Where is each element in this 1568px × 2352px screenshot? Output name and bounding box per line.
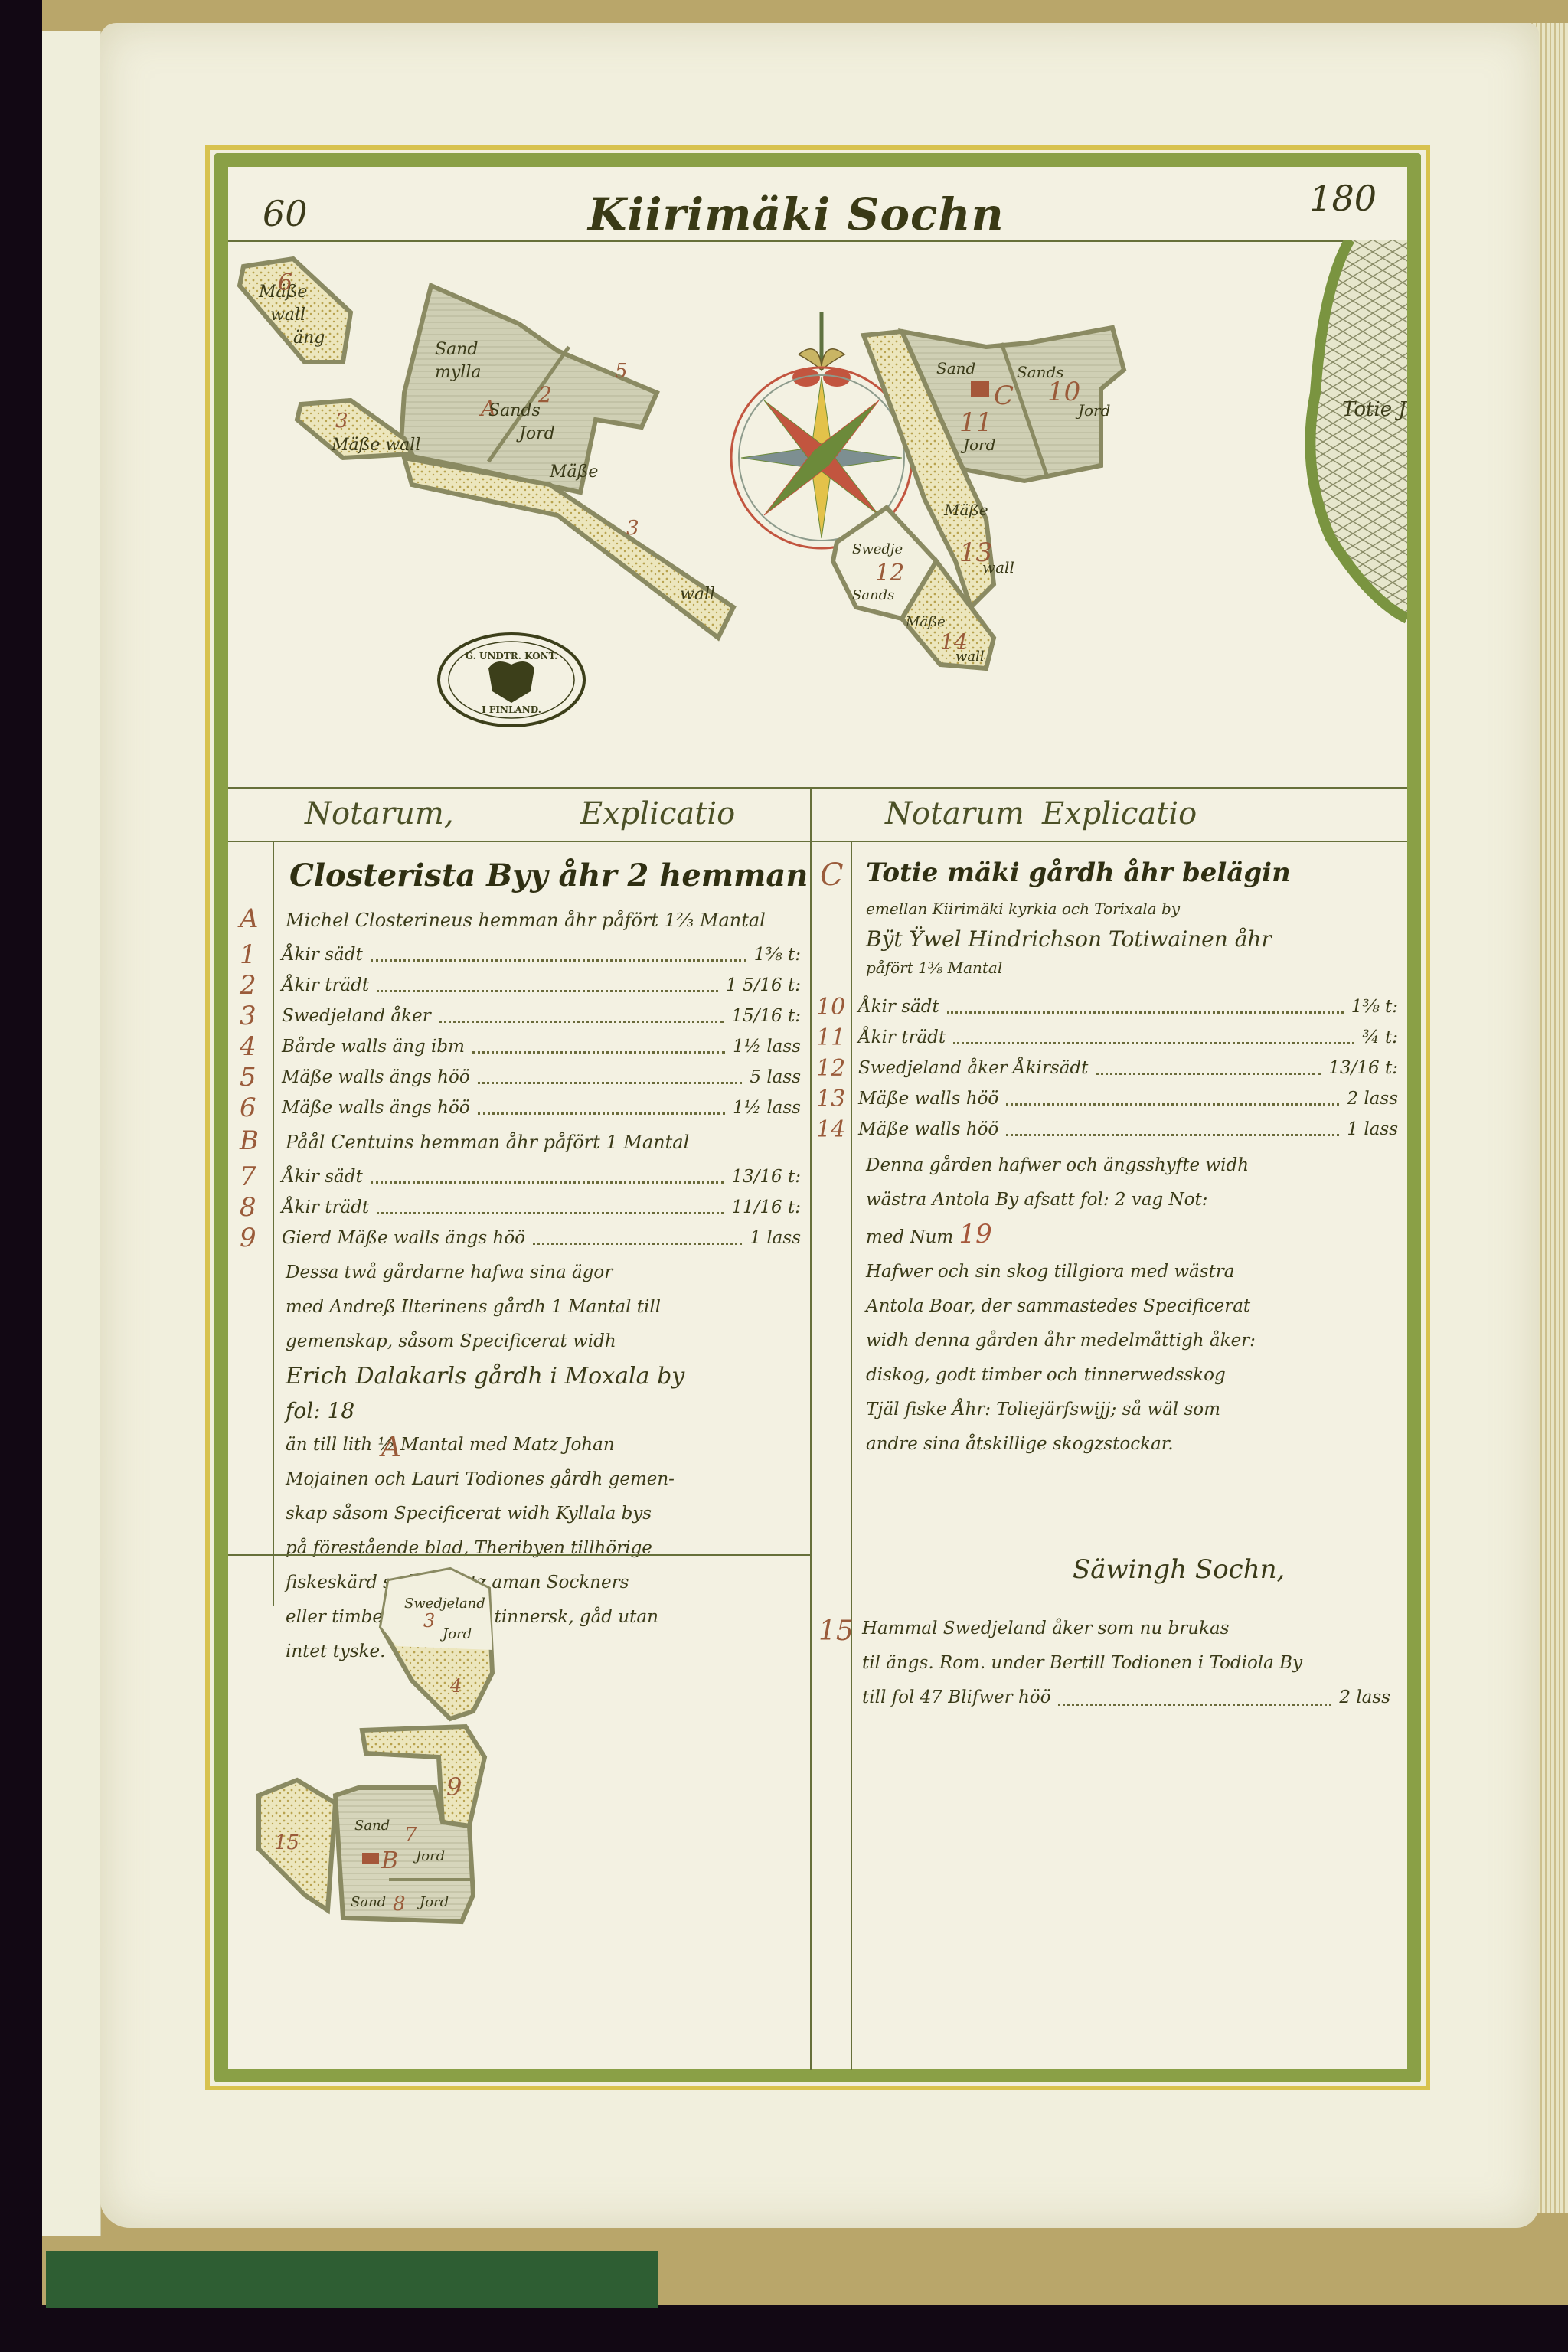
svg-text:3: 3: [423, 1610, 435, 1632]
cadastral-stamp: G. UNDTR. KONT. I FINLAND.: [439, 634, 584, 726]
list-item: 1 Åkir sädt1⅜ t:: [282, 942, 801, 968]
svg-text:3: 3: [335, 410, 348, 433]
svg-text:11: 11: [959, 407, 992, 438]
notes-right-column: Notarum Explicatio C Totie mäki gårdh åh…: [812, 789, 1407, 2070]
plot-15: 15: [259, 1780, 335, 1910]
list-item: 6 Mäße walls ängs höö1½ lass: [282, 1095, 801, 1121]
header-explicatio: Explicatio: [580, 796, 735, 831]
svg-text:6: 6: [278, 269, 292, 296]
svg-text:15: 15: [274, 1831, 299, 1854]
svg-text:2: 2: [537, 382, 552, 407]
svg-text:wall: wall: [270, 305, 305, 325]
svg-text:wall: wall: [955, 648, 985, 665]
right-paragraph: Denna gården hafwer och ängsshyfte widh …: [866, 1148, 1394, 1462]
farm-c-owner: Bÿt Ÿwel Hindrichson Totiwainen åhr: [866, 926, 1272, 952]
svg-text:Mäße: Mäße: [943, 501, 988, 519]
list-item: 8 Åkir trädt11/16 t:: [282, 1194, 801, 1220]
folio-right: 180: [1309, 178, 1377, 219]
svg-text:Jord: Jord: [439, 1626, 472, 1642]
svg-text:5: 5: [615, 360, 628, 383]
list-item: 11 Åkir trädt¾ t:: [858, 1024, 1398, 1050]
svg-text:Jord: Jord: [416, 1894, 449, 1910]
notes-left-column: Notarum, Explicatio Closterista Byy åhr …: [228, 789, 812, 2070]
svg-text:mylla: mylla: [435, 363, 481, 382]
list-item: 3 Swedjeland åker15/16 t:: [282, 1003, 801, 1029]
svg-text:9: 9: [446, 1772, 462, 1802]
estate-map: Mäße 6 wall äng Sand mylla A Sands 2 Jor…: [228, 240, 1407, 787]
svg-text:B: B: [381, 1847, 398, 1874]
svg-text:7: 7: [404, 1824, 417, 1847]
header-notarum: Notarum,: [305, 796, 454, 831]
svg-text:Sands: Sands: [488, 401, 541, 420]
farm-b-line: Påål Centuins hemman åhr påfört 1 Mantal: [286, 1132, 689, 1153]
list-item: 10 Åkir sädt1⅜ t:: [858, 994, 1398, 1020]
list-item: 13 Mäße walls höö2 lass: [858, 1086, 1398, 1112]
marker-c: C: [820, 857, 844, 893]
list-item: 12 Swedjeland åker Åkirsädt13/16 t:: [858, 1055, 1398, 1081]
section-divider: [228, 1554, 810, 1556]
red-marker-a: A: [381, 1432, 401, 1463]
svg-text:Jord: Jord: [516, 424, 555, 443]
page-title: Kiirimäki Sochn: [588, 188, 1004, 240]
entry-15-paragraph: Hammal Swedjeland åker som nu brukas til…: [862, 1612, 1390, 1715]
marker-a: A: [240, 903, 259, 934]
parcel-6: Mäße 6 wall äng: [240, 259, 351, 362]
farm-c-value: påfört 1⅜ Mantal: [866, 959, 1002, 977]
svg-text:Swedjeland: Swedjeland: [404, 1596, 485, 1612]
svg-text:Jord: Jord: [1075, 401, 1110, 420]
svg-text:Sand: Sand: [354, 1818, 390, 1834]
page-content: 60 Kiirimäki Sochn 180: [228, 167, 1407, 2069]
svg-text:C: C: [994, 381, 1014, 411]
farm-a-line: Michel Closterineus hemman åhr påfört 1⅔…: [286, 910, 766, 931]
svg-text:Jord: Jord: [960, 436, 995, 454]
svg-text:wall: wall: [680, 585, 715, 604]
list-item: 4 Bårde walls äng ibm1½ lass: [282, 1034, 801, 1060]
list-item: 14 Mäße walls höö1 lass: [858, 1116, 1398, 1142]
svg-text:G. UNDTR. KONT.: G. UNDTR. KONT.: [465, 651, 557, 661]
red-number-19: 19: [959, 1219, 992, 1249]
green-cloth: [46, 2251, 658, 2308]
column-header-right: Notarum Explicatio: [812, 789, 1407, 842]
svg-text:8: 8: [393, 1893, 406, 1916]
svg-text:Jord: Jord: [413, 1848, 445, 1864]
lake-totie: Totie Jaerbij: [1310, 240, 1407, 619]
svg-text:Mäße: Mäße: [905, 614, 946, 630]
farm-c-heading: Totie mäki gårdh åhr belägin: [866, 857, 1291, 888]
list-item: 2 Åkir trädt1 5/16 t:: [282, 972, 801, 998]
column-header-left: Notarum, Explicatio: [228, 789, 810, 842]
marker-15: 15: [818, 1615, 854, 1647]
svg-text:Swedje: Swedje: [852, 541, 903, 557]
list-item: 5 Mäße walls ängs höö5 lass: [282, 1064, 801, 1090]
margin-rule: [851, 841, 852, 2070]
svg-text:äng: äng: [293, 328, 325, 348]
farm-c-location: emellan Kiirimäki kyrkia och Torixala by: [866, 900, 1180, 918]
page-header: 60 Kiirimäki Sochn 180: [228, 167, 1407, 242]
svg-text:Sand: Sand: [351, 1894, 386, 1910]
svg-text:Sand: Sand: [435, 340, 478, 359]
village-heading: Closterista Byy åhr 2 hemman: [289, 857, 808, 893]
header-explicatio: Explicatio: [1042, 796, 1197, 831]
list-item: 7 Åkir sädt13/16 t:: [282, 1164, 801, 1190]
lower-estate-map: Swedjeland 3 Jord 4 9 15 Sand 7: [228, 1558, 810, 2070]
svg-text:wall: wall: [982, 558, 1014, 577]
map-drawing: Mäße 6 wall äng Sand mylla A Sands 2 Jor…: [228, 240, 1407, 787]
svg-text:Totie Jaerbij: Totie Jaerbij: [1342, 398, 1407, 421]
parish-subheading: Säwingh Sochn,: [1073, 1554, 1285, 1585]
parcel-a-fields: Sand mylla A Sands 2 Jord 5 Mäße wall 3 …: [297, 286, 733, 638]
svg-text:Mäße wall: Mäße wall: [331, 436, 420, 455]
svg-text:Mäße: Mäße: [549, 462, 598, 482]
folio-left: 60: [263, 193, 308, 234]
marker-b: B: [240, 1125, 259, 1156]
header-notarum: Notarum: [885, 796, 1024, 831]
svg-text:I FINLAND.: I FINLAND.: [482, 704, 541, 715]
svg-text:3: 3: [626, 517, 639, 540]
left-page-edge: [42, 31, 101, 2236]
svg-text:12: 12: [875, 560, 904, 586]
notes-section: Notarum, Explicatio Closterista Byy åhr …: [228, 787, 1407, 2070]
list-item: 9 Gierd Mäße walls ängs höö1 lass: [282, 1225, 801, 1251]
svg-text:10: 10: [1047, 377, 1080, 407]
svg-text:Sand: Sand: [936, 359, 975, 377]
svg-text:Sands: Sands: [852, 587, 894, 603]
margin-rule: [273, 841, 274, 1606]
plot-3-4: Swedjeland 3 Jord 4: [381, 1570, 492, 1719]
svg-text:4: 4: [449, 1675, 462, 1697]
